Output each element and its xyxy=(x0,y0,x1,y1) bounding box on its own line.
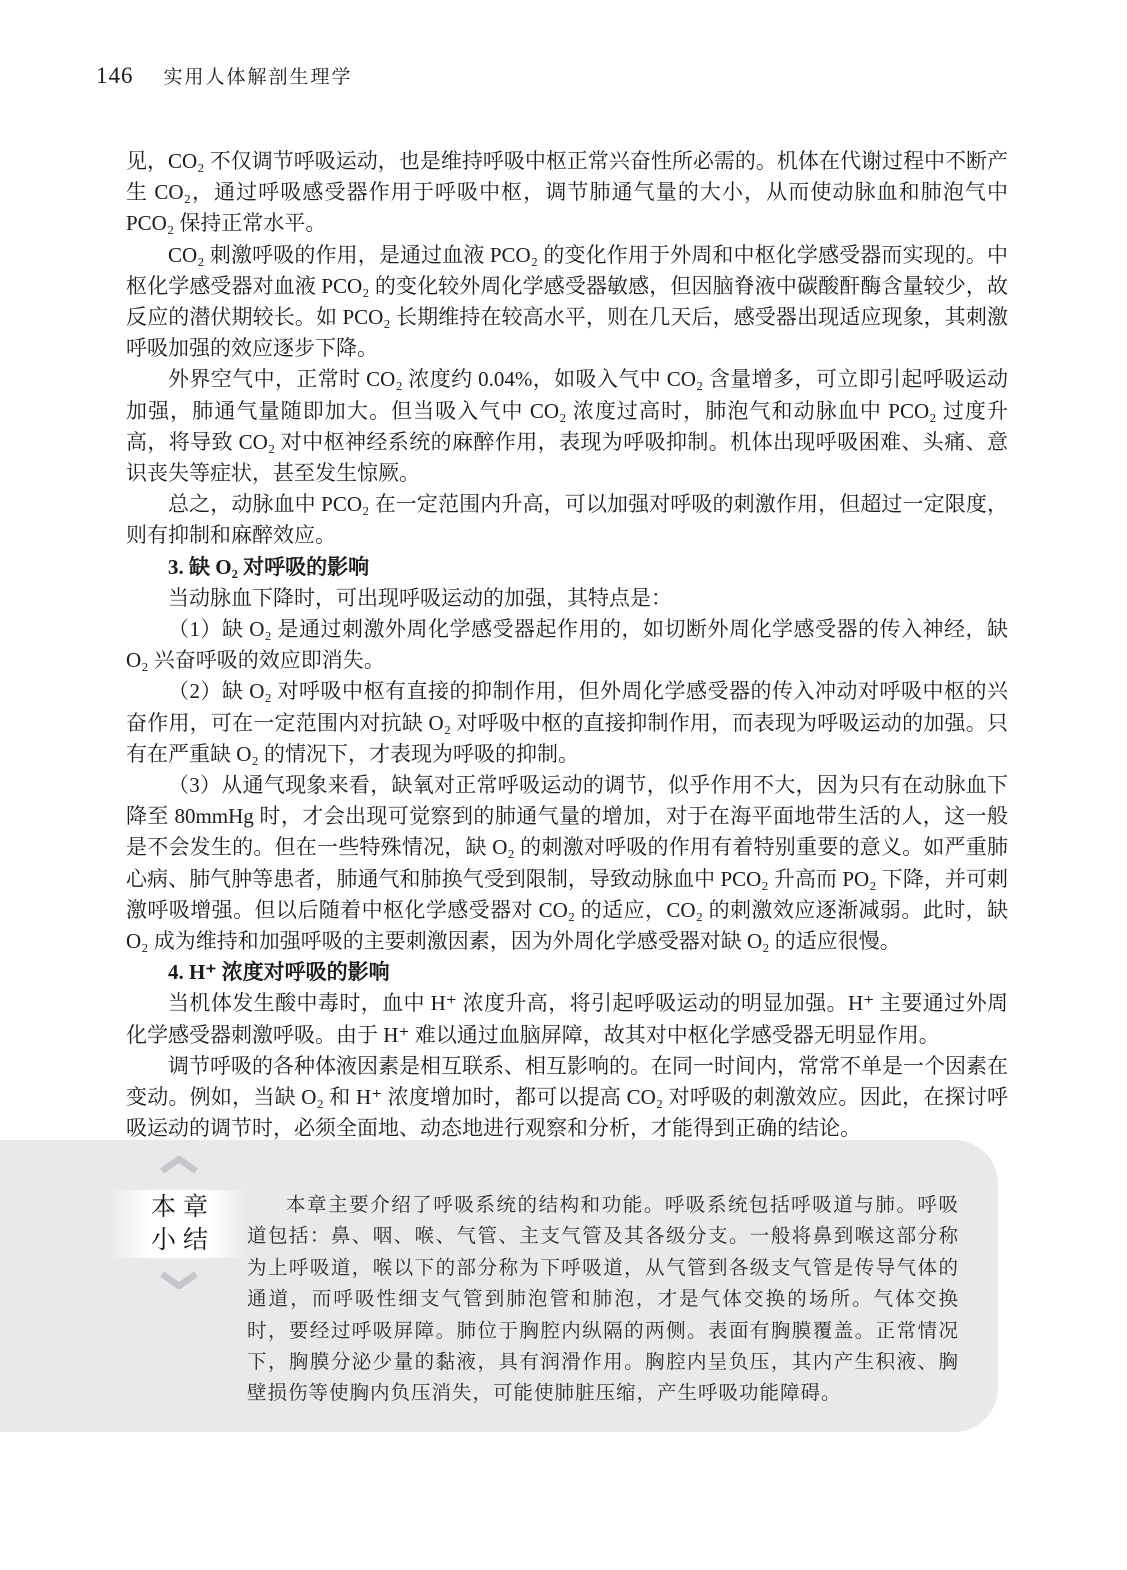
paragraph: 外界空气中，正常时 CO₂ 浓度约 0.04%，如吸入气中 CO₂ 含量增多，可… xyxy=(126,364,1008,489)
chapter-summary-box: 本章 小结 本章主要介绍了呼吸系统的结构和功能。呼吸系统包括呼吸道与肺。呼吸道包… xyxy=(0,1140,998,1432)
chevron-up-icon xyxy=(160,1156,198,1173)
paragraph: 当机体发生酸中毒时，血中 H⁺ 浓度升高，将引起呼吸运动的明显加强。H⁺ 主要通… xyxy=(126,988,1008,1050)
main-text-column: 见，CO₂ 不仅调节呼吸运动，也是维持呼吸中枢正常兴奋性所必需的。机体在代谢过程… xyxy=(126,146,1008,1145)
paragraph: 总之，动脉血中 PCO₂ 在一定范围内升高，可以加强对呼吸的刺激作用，但超过一定… xyxy=(126,489,1008,551)
page-number: 146 xyxy=(96,63,134,89)
section-heading: 3. 缺 O₂ 对呼吸的影响 xyxy=(126,552,1008,583)
paragraph: 当动脉血下降时，可出现呼吸运动的加强，其特点是： xyxy=(126,583,1008,614)
paragraph: （2）缺 O₂ 对呼吸中枢有直接的抑制作用，但外周化学感受器的传入冲动对呼吸中枢… xyxy=(126,676,1008,770)
chapter-summary-label-line1: 本章 xyxy=(144,1191,215,1224)
chapter-summary-label: 本章 小结 xyxy=(112,1190,247,1258)
paragraph: 调节呼吸的各种体液因素是相互联系、相互影响的。在同一时间内，常常不单是一个因素在… xyxy=(126,1051,1008,1145)
chapter-summary-text: 本章主要介绍了呼吸系统的结构和功能。呼吸系统包括呼吸道与肺。呼吸道包括：鼻、咽、… xyxy=(247,1190,959,1410)
chapter-summary-label-line2: 小结 xyxy=(144,1224,215,1257)
paragraph: CO₂ 刺激呼吸的作用，是通过血液 PCO₂ 的变化作用于外周和中枢化学感受器而… xyxy=(126,240,1008,365)
running-head: 146 实用人体解剖生理学 xyxy=(96,62,353,89)
paragraph: （1）缺 O₂ 是通过刺激外周化学感受器起作用的，如切断外周化学感受器的传入神经… xyxy=(126,614,1008,676)
paragraph: 见，CO₂ 不仅调节呼吸运动，也是维持呼吸中枢正常兴奋性所必需的。机体在代谢过程… xyxy=(126,146,1008,240)
section-heading: 4. H⁺ 浓度对呼吸的影响 xyxy=(126,957,1008,988)
chevron-down-icon xyxy=(160,1272,198,1289)
paragraph: （3）从通气现象来看，缺氧对正常呼吸运动的调节，似乎作用不大，因为只有在动脉血下… xyxy=(126,770,1008,957)
book-title: 实用人体解剖生理学 xyxy=(164,62,353,89)
